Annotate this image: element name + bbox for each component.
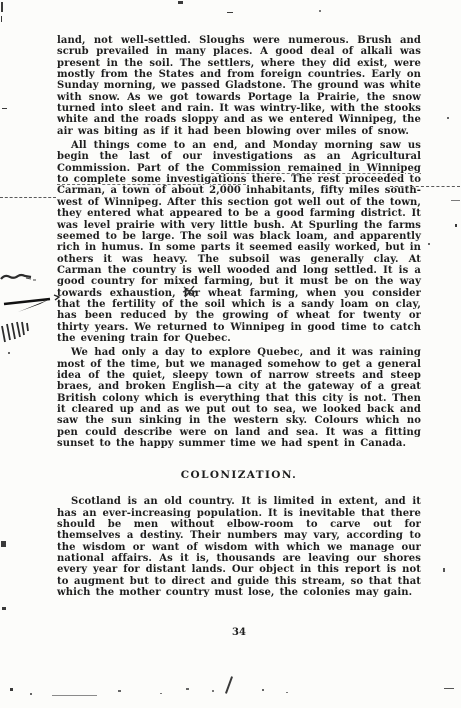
pencil-dash-line <box>0 197 56 198</box>
paragraph-text: there. The rest proceeded to Carman, a t… <box>57 174 421 344</box>
noise-speck <box>428 243 430 245</box>
noise-speck <box>52 695 97 696</box>
noise-speck <box>444 688 454 689</box>
page-number: 34 <box>57 627 421 638</box>
noise-speck <box>178 1 183 4</box>
arrow-right-icon <box>4 295 59 312</box>
pencil-dash-line <box>390 186 460 187</box>
noise-speck <box>2 108 7 109</box>
noise-speck <box>227 12 233 13</box>
noise-speck <box>118 690 121 692</box>
text-block: land, not well-settled. Sloughs were num… <box>57 35 421 598</box>
noise-speck <box>447 117 449 119</box>
pencil-scribble-icon <box>2 322 28 342</box>
margin-annotations <box>0 268 64 348</box>
pencil-scribble-icon <box>1 275 36 280</box>
noise-speck <box>1 541 6 547</box>
noise-speck <box>8 352 10 354</box>
noise-speck <box>160 693 162 694</box>
noise-speck <box>286 692 288 693</box>
paragraph: We had only a day to explore Quebec, and… <box>57 347 421 449</box>
noise-speck <box>225 676 233 694</box>
noise-speck <box>443 568 445 572</box>
section-heading: COLONIZATION. <box>57 469 421 481</box>
pencil-dash-line <box>451 200 460 201</box>
paragraph: All things come to an end, and Monday mo… <box>57 140 421 344</box>
noise-speck <box>10 688 13 691</box>
scanned-book-page: land, not well-settled. Sloughs were num… <box>0 0 461 708</box>
paragraph: land, not well-settled. Sloughs were num… <box>57 35 421 137</box>
noise-speck <box>319 10 321 12</box>
paragraph: Scotland is an old country. It is limite… <box>57 496 421 598</box>
noise-speck <box>30 693 32 695</box>
noise-speck <box>1 2 3 12</box>
noise-speck <box>1 16 2 22</box>
noise-speck <box>2 607 6 610</box>
noise-speck <box>262 689 264 691</box>
noise-speck <box>212 690 214 692</box>
pencil-cross-mark-icon <box>182 285 198 299</box>
noise-speck <box>455 224 457 227</box>
noise-speck <box>186 688 189 690</box>
